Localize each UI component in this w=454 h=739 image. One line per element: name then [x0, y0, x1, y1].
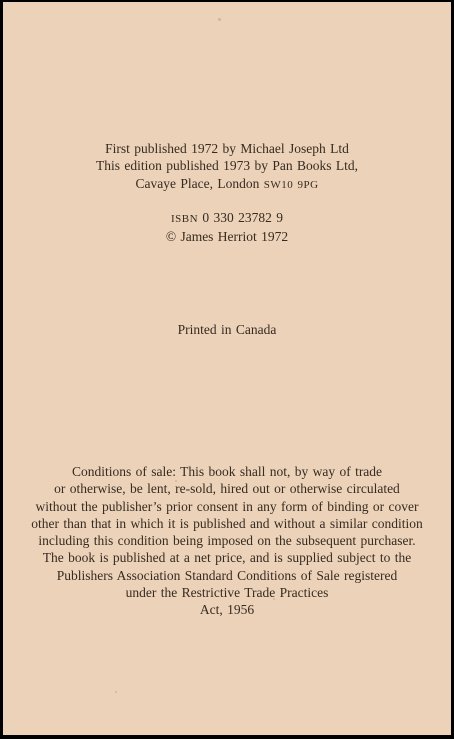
page-surface: First published 1972 by Michael Joseph L… — [3, 2, 451, 735]
publication-info: First published 1972 by Michael Joseph L… — [3, 140, 451, 194]
conditions-line: under the Restrictive Trade Practices — [3, 584, 451, 601]
paper-speck — [218, 18, 221, 21]
postcode: SW10 9PG — [264, 179, 319, 191]
publication-line-2: This edition published 1973 by Pan Books… — [3, 157, 451, 174]
conditions-line: including this condition being imposed o… — [3, 532, 451, 549]
paper-speck — [273, 598, 275, 600]
publisher-address: Cavaye Place, London — [135, 176, 259, 191]
conditions-line: or otherwise, be lent, re-sold, hired ou… — [3, 480, 451, 497]
paper-speck — [175, 480, 177, 482]
publication-line-3: Cavaye Place, London SW10 9PG — [3, 175, 451, 194]
isbn-copyright-info: ISBN 0 330 23782 9 © James Herriot 1972 — [3, 209, 451, 246]
paper-speck — [115, 691, 117, 693]
printed-in-line: Printed in Canada — [3, 321, 451, 338]
isbn-label: ISBN — [171, 213, 198, 225]
book-copyright-page-scan: First published 1972 by Michael Joseph L… — [0, 0, 454, 739]
conditions-line: Conditions of sale: This book shall not,… — [3, 463, 451, 480]
conditions-of-sale: Conditions of sale: This book shall not,… — [3, 463, 451, 619]
isbn-number: 0 330 23782 9 — [202, 210, 283, 225]
copyright-line: © James Herriot 1972 — [3, 228, 451, 245]
conditions-line: other than that in which it is published… — [3, 515, 451, 532]
conditions-line: The book is published at a net price, an… — [3, 549, 451, 566]
conditions-line: Publishers Association Standard Conditio… — [3, 567, 451, 584]
publication-line-1: First published 1972 by Michael Joseph L… — [3, 140, 451, 157]
conditions-line: without the publisher’s prior consent in… — [3, 498, 451, 515]
isbn-line: ISBN 0 330 23782 9 — [3, 209, 451, 228]
conditions-line: Act, 1956 — [3, 601, 451, 618]
